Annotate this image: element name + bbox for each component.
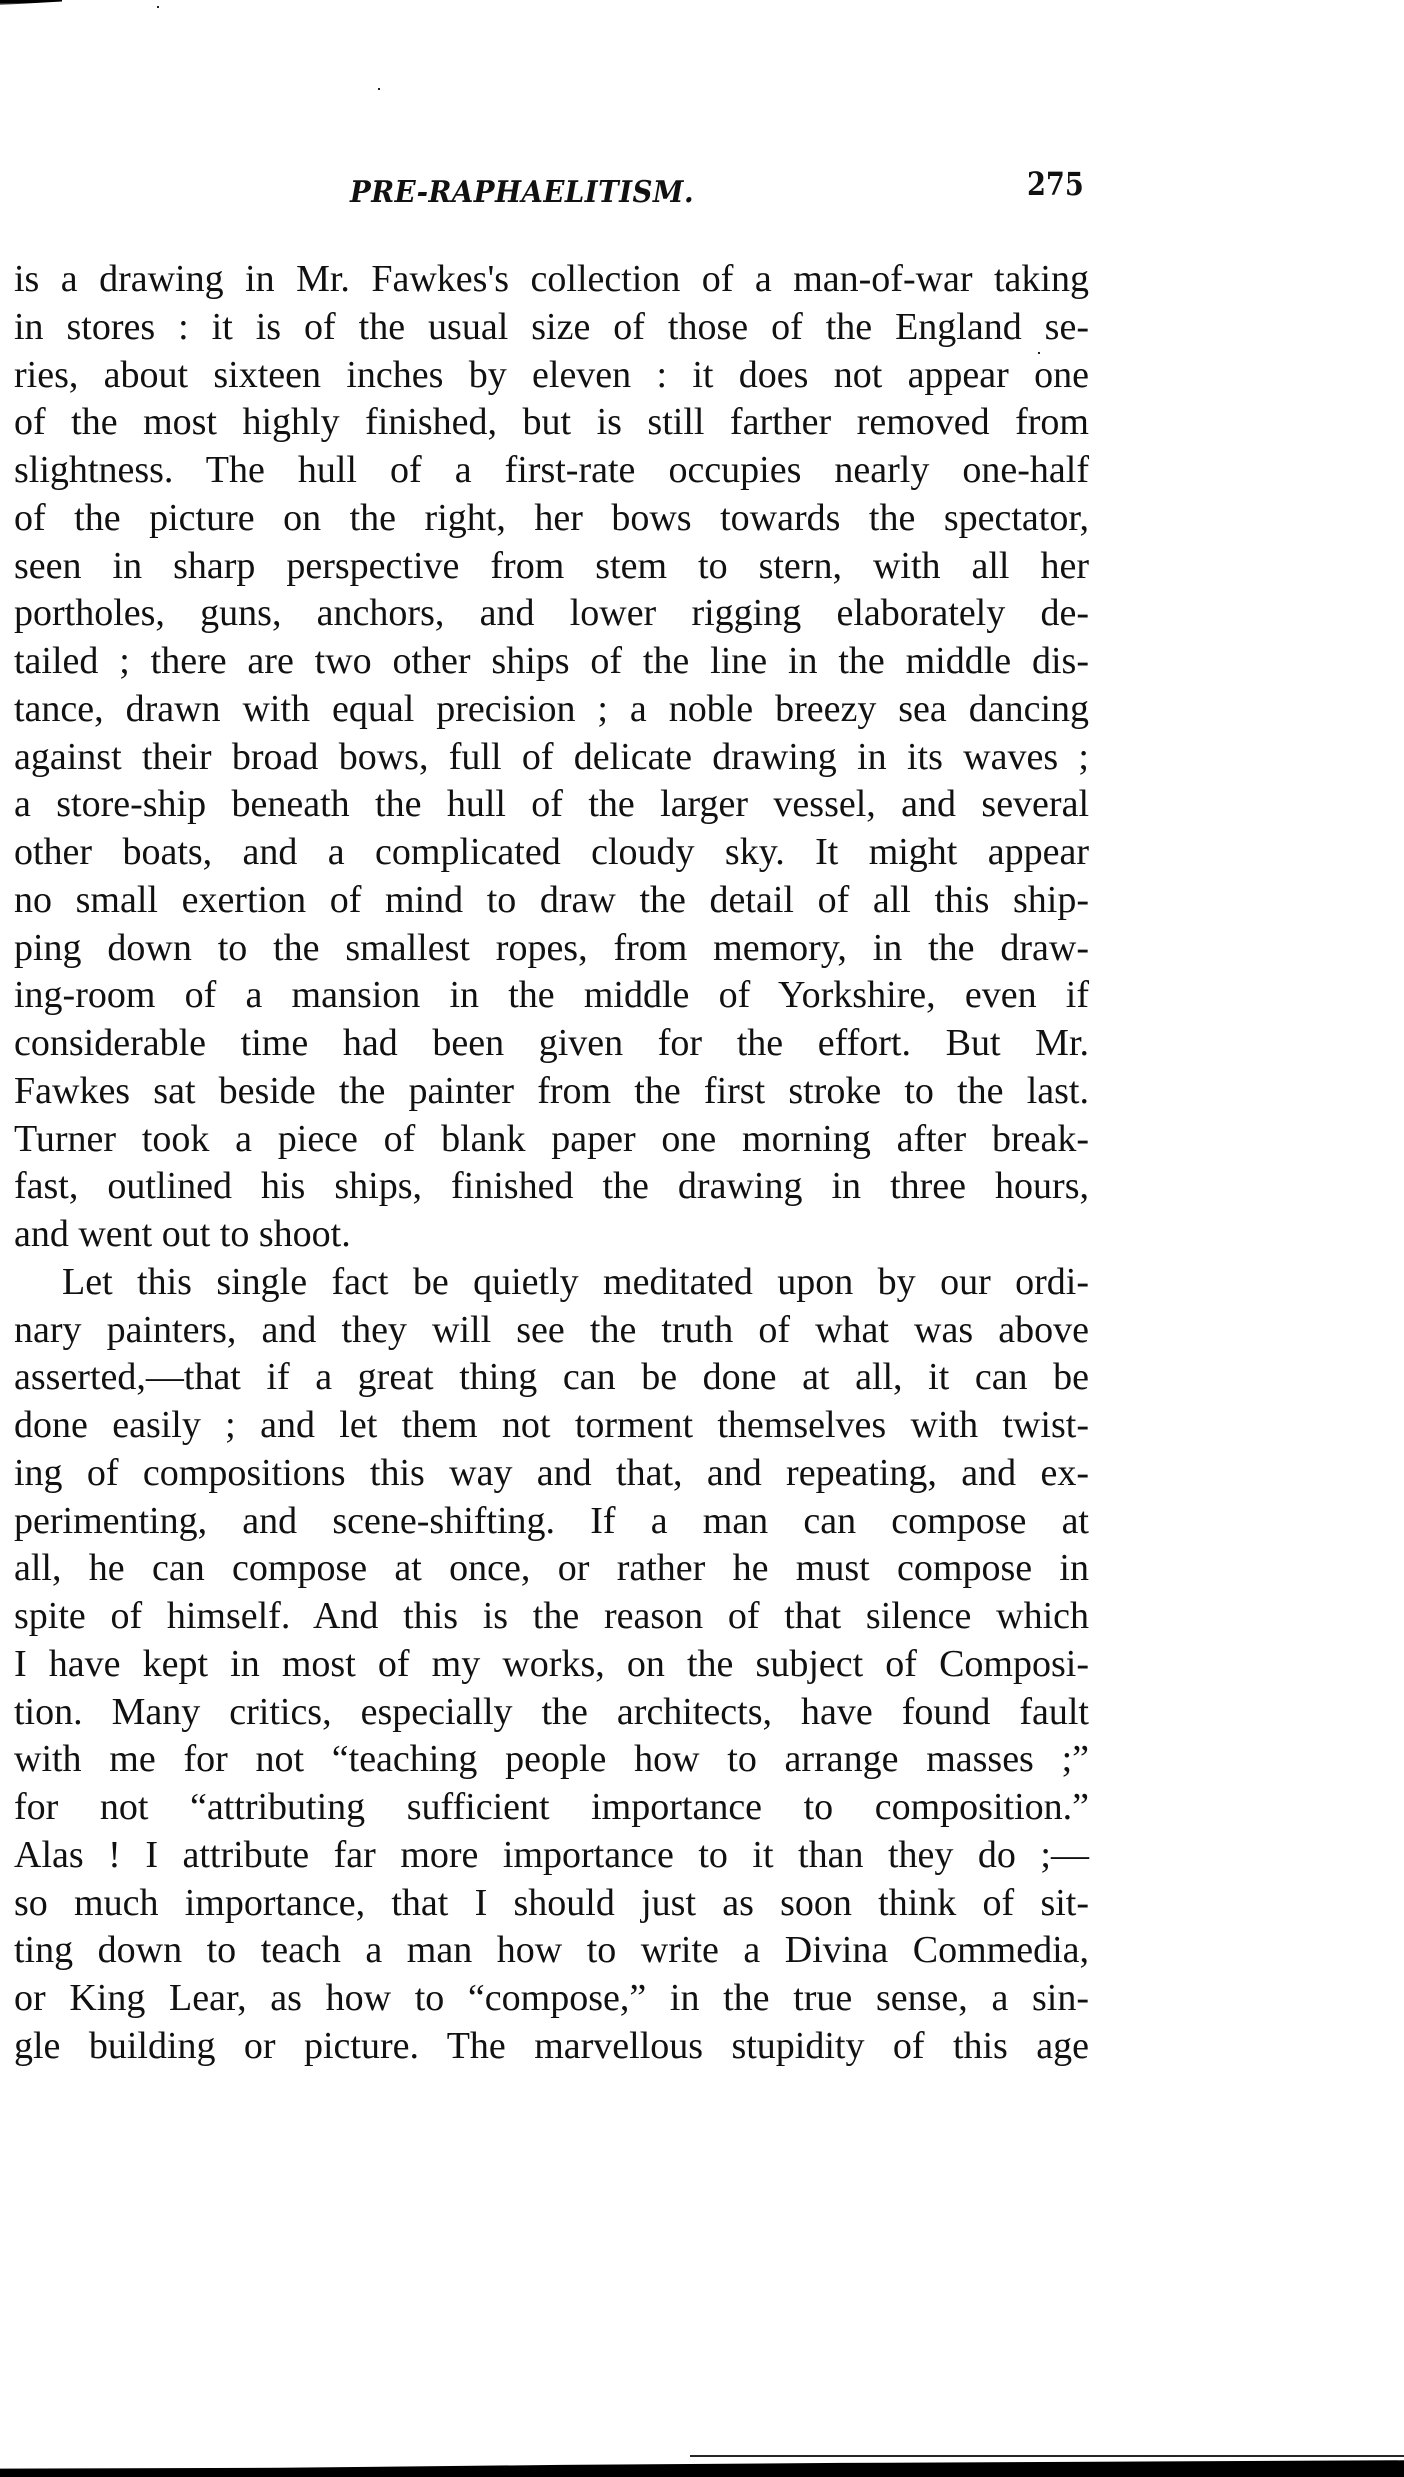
scan-edge-bottom [0,2455,1404,2477]
text-line: ing-room of a mansion in the middle of Y… [14,971,1089,1019]
paragraph-start-line: Let this single fact be quietly meditate… [62,1258,1089,1306]
text-line: done easily ; and let them not torment t… [14,1401,1089,1449]
text-line: seen in sharp perspective from stem to s… [14,542,1089,590]
text-line: in stores : it is of the usual size of t… [14,303,1089,351]
text-line: Turner took a piece of blank paper one m… [14,1115,1089,1163]
text-line: asserted,—that if a great thing can be d… [14,1353,1089,1401]
text-line: other boats, and a complicated cloudy sk… [14,828,1089,876]
text-line: nary painters, and they will see the tru… [14,1306,1089,1354]
text-line: with me for not “teaching people how to … [14,1735,1089,1783]
text-line: Fawkes sat beside the painter from the f… [14,1067,1089,1115]
running-title: PRE-RAPHAELITISM. [350,176,694,210]
text-line: all, he can compose at once, or rather h… [14,1544,1089,1592]
text-line: of the picture on the right, her bows to… [14,494,1089,542]
page-number: 275 [1027,166,1084,202]
text-line: portholes, guns, anchors, and lower rigg… [14,589,1089,637]
text-line: against their broad bows, full of delica… [14,733,1089,781]
text-line: gle building or picture. The marvellous … [14,2022,1089,2070]
paragraph-end-line: and went out to shoot. [14,1210,1089,1258]
text-line: tailed ; there are two other ships of th… [14,637,1089,685]
running-head: PRE-RAPHAELITISM. 275 [0,0,1404,230]
text-line: perimenting, and scene-shifting. If a ma… [14,1497,1089,1545]
text-line: I have kept in most of my works, on the … [14,1640,1089,1688]
text-line: ries, about sixteen inches by eleven : i… [14,351,1089,399]
scan-edge-line [690,2455,1404,2457]
text-line: spite of himself. And this is the reason… [14,1592,1089,1640]
text-line: ting down to teach a man how to write a … [14,1926,1089,1974]
text-line: ing of compositions this way and that, a… [14,1449,1089,1497]
text-line: is a drawing in Mr. Fawkes's collection … [14,255,1089,303]
text-line: a store-ship beneath the hull of the lar… [14,780,1089,828]
text-line: fast, outlined his ships, finished the d… [14,1162,1089,1210]
text-line: tance, drawn with equal precision ; a no… [14,685,1089,733]
text-line: so much importance, that I should just a… [14,1879,1089,1927]
text-line: Alas ! I attribute far more importance t… [14,1831,1089,1879]
text-line: ping down to the smallest ropes, from me… [14,924,1089,972]
text-line: no small exertion of mind to draw the de… [14,876,1089,924]
text-line: tion. Many critics, especially the archi… [14,1688,1089,1736]
text-line: considerable time had been given for the… [14,1019,1089,1067]
text-line: for not “attributing sufficient importan… [14,1783,1089,1831]
text-line: slightness. The hull of a first-rate occ… [14,446,1089,494]
text-line: or King Lear, as how to “compose,” in th… [14,1974,1089,2022]
text-line: of the most highly finished, but is stil… [14,398,1089,446]
